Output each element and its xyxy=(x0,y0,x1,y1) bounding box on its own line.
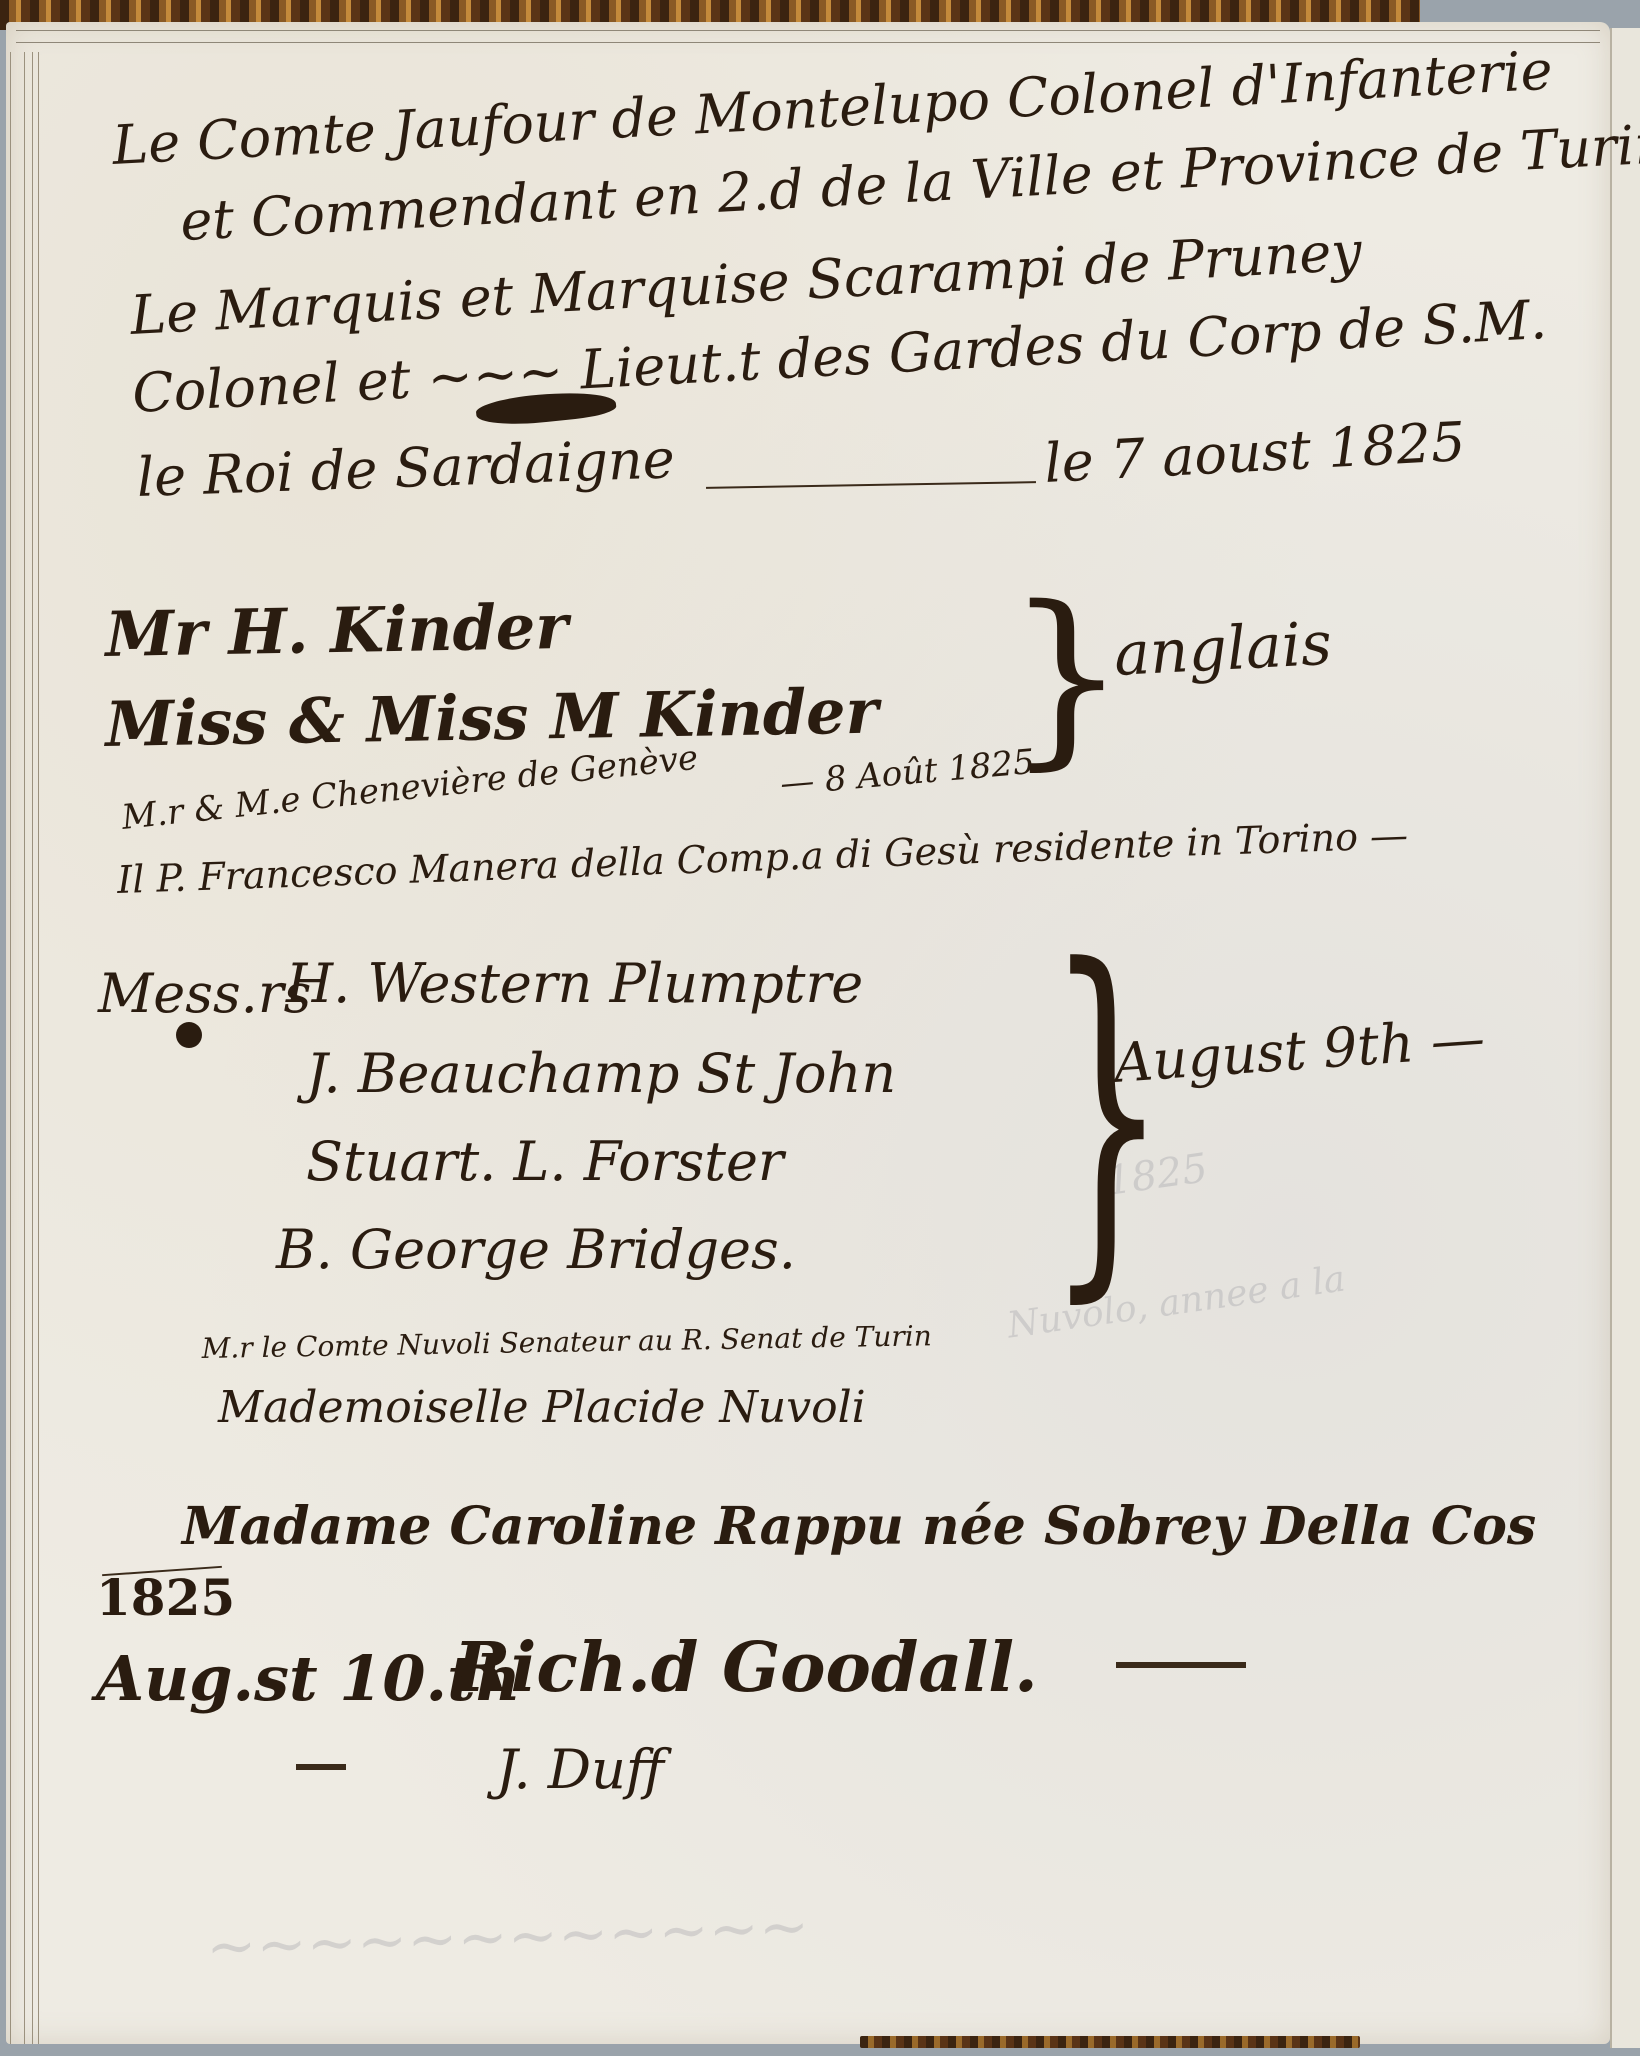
entry-scarampi-line-3: le Roi de Sardaigne xyxy=(136,427,676,509)
entry-plumptre-prefix: Mess.rs xyxy=(98,962,311,1025)
entry-plumptre-line-2: J. Beauchamp St John xyxy=(306,1042,896,1105)
entry-plumptre-line-1: H. Western Plumptre xyxy=(286,952,863,1015)
binding-line xyxy=(24,52,25,2044)
entry-goodall-year: 1825 xyxy=(96,1568,235,1627)
binding-line xyxy=(10,52,11,2044)
entry-goodall-line-2: J. Duff xyxy=(496,1738,664,1801)
next-page-edge xyxy=(1610,28,1640,2048)
entry-nuvoli-line-2: Mademoiselle Placide Nuvoli xyxy=(218,1382,866,1433)
binding-line xyxy=(32,52,33,2044)
entry-goodall-line-1: Rich.d Goodall. xyxy=(454,1628,1038,1708)
entry-plumptre-line-3: Stuart. L. Forster xyxy=(306,1130,784,1193)
entry-cheneviere-date: — 8 Août 1825. xyxy=(779,741,1047,804)
ruled-line xyxy=(16,42,1600,43)
entry-kinder-line-2: Miss & Miss M Kinder xyxy=(105,675,879,761)
entry-plumptre-line-4: B. George Bridges. xyxy=(276,1218,796,1281)
entry-manera-line-1: Il P. Francesco Manera della Comp.a di G… xyxy=(116,813,1408,902)
bracket-brace: } xyxy=(1046,922,1167,1302)
bleed-through-flourish: ~~~~~~~~~~~~ xyxy=(205,1891,810,1982)
entry-kinder-line-1: Mr H. Kinder xyxy=(105,590,569,671)
entry-kinder-note: anglais xyxy=(1112,609,1333,690)
entry-nuvoli-line-1: M.r le Comte Nuvoli Senateur au R. Senat… xyxy=(201,1319,932,1365)
ink-blot xyxy=(176,1022,202,1048)
dash-mark xyxy=(1116,1662,1246,1668)
binding-line xyxy=(38,52,39,2044)
marbled-book-edge-bottom xyxy=(860,2036,1360,2048)
entry-scarampi-date: le 7 aoust 1825 xyxy=(1043,410,1467,495)
dash-mark xyxy=(296,1764,346,1770)
ruled-line xyxy=(16,30,1600,31)
register-page: 1825 Nuvolo, annee a la ~~~~~~~~~~~~ Le … xyxy=(6,22,1610,2044)
entry-plumptre-note: August 9th — xyxy=(1112,1006,1487,1095)
connector-line xyxy=(706,481,1036,489)
entry-rappu-line-1: Madame Caroline Rappu née Sobrey Della C… xyxy=(182,1496,1536,1557)
